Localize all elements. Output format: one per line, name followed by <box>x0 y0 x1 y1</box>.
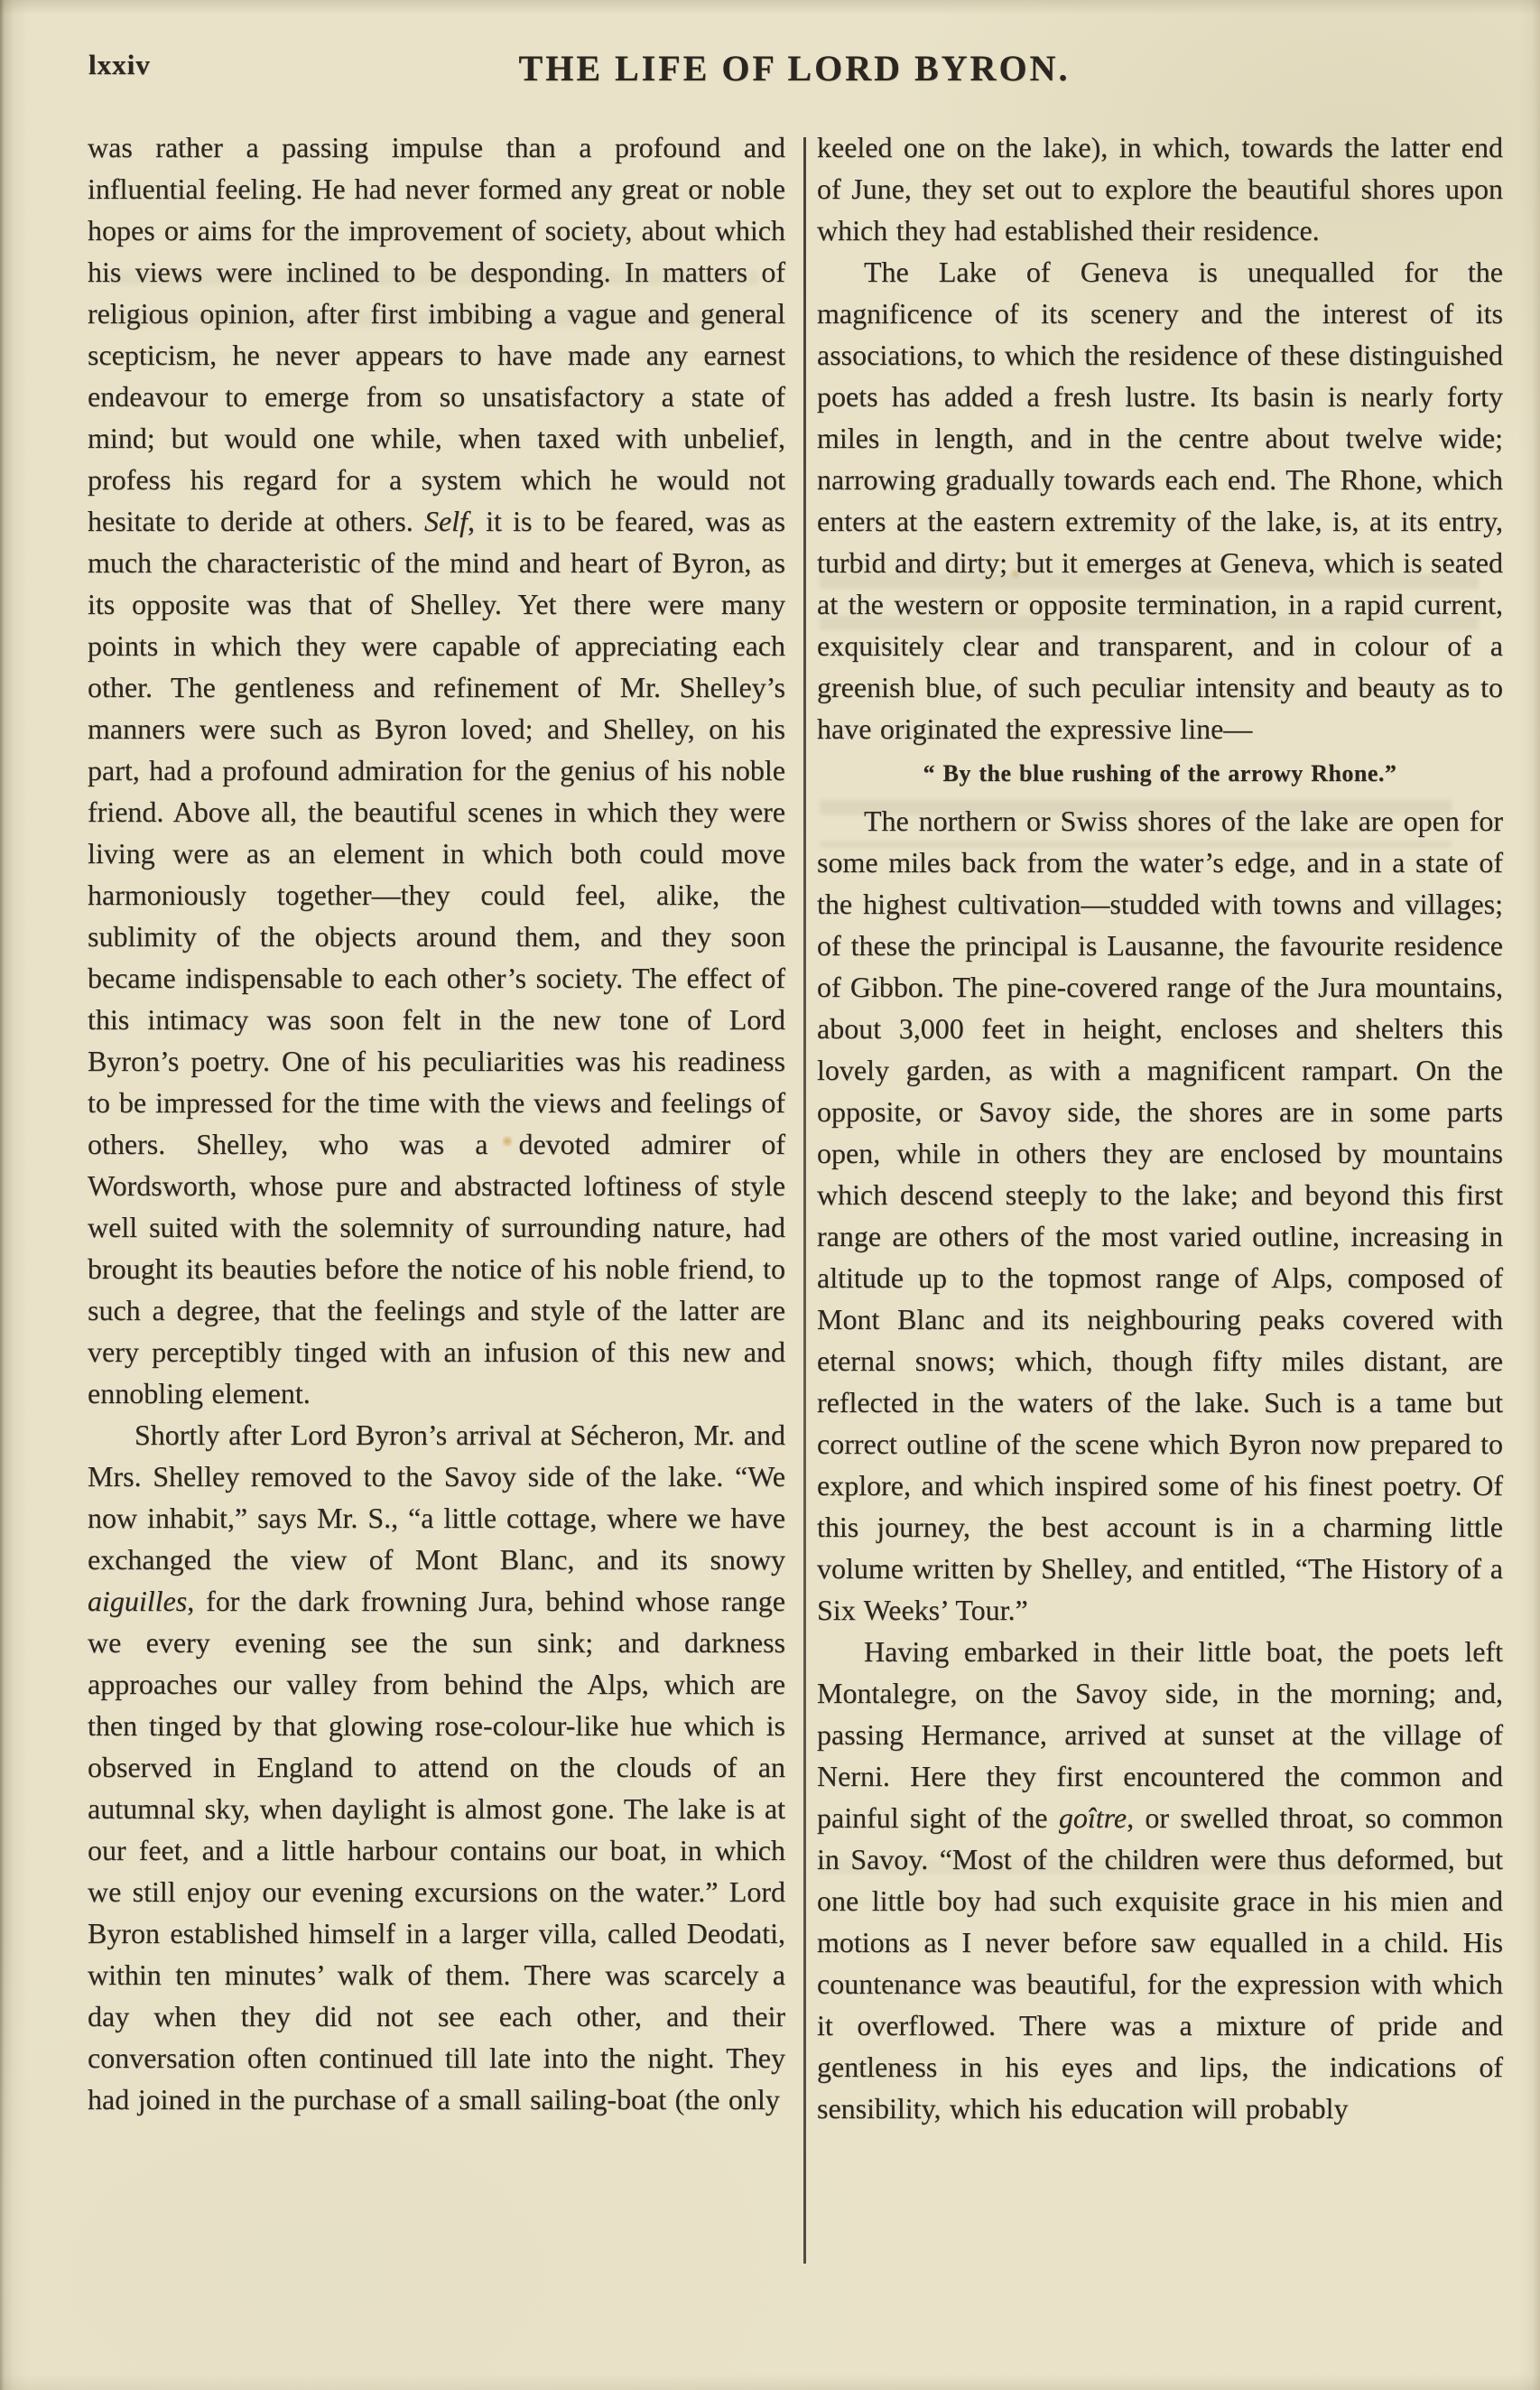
italic-text: aiguilles <box>88 1585 187 1617</box>
verse-quote: “ By the blue rushing of the arrowy Rhon… <box>817 756 1503 792</box>
text-run: was rather a passing impulse than a prof… <box>88 131 785 537</box>
text-run: , or swelled throat, so common in Savoy.… <box>817 1801 1503 2125</box>
text-run: The northern or Swiss shores of the lake… <box>817 804 1503 1626</box>
text-run: , it is to be feared, was as much the ch… <box>88 505 785 1409</box>
italic-text: goître <box>1059 1801 1127 1834</box>
text-run: , for the dark frowning Jura, behind who… <box>88 1585 785 2116</box>
paragraph: was rather a passing impulse than a prof… <box>88 126 785 1414</box>
paragraph: Having embarked in their little boat, th… <box>817 1631 1503 2129</box>
text-run: keeled one on the lake), in which, towar… <box>817 131 1503 246</box>
column-divider-rule <box>803 137 806 2264</box>
paragraph: The Lake of Geneva is unequalled for the… <box>817 251 1503 749</box>
text-run: Shortly after Lord Byron’s arrival at Sé… <box>88 1418 785 1576</box>
paragraph: Shortly after Lord Byron’s arrival at Sé… <box>88 1414 785 2120</box>
running-title: THE LIFE OF LORD BYRON. <box>86 47 1503 89</box>
text-column-right: keeled one on the lake), in which, towar… <box>817 126 1503 2129</box>
italic-text: Self <box>424 505 468 537</box>
paragraph: The northern or Swiss shores of the lake… <box>817 800 1503 1631</box>
text-run: The Lake of Geneva is unequalled for the… <box>817 256 1503 745</box>
text-run: “ By the blue rushing of the arrowy Rhon… <box>923 760 1397 786</box>
paragraph: keeled one on the lake), in which, towar… <box>817 126 1503 251</box>
text-column-left: was rather a passing impulse than a prof… <box>88 126 785 2120</box>
book-page: lxxiv THE LIFE OF LORD BYRON. was rather… <box>0 0 1540 2390</box>
